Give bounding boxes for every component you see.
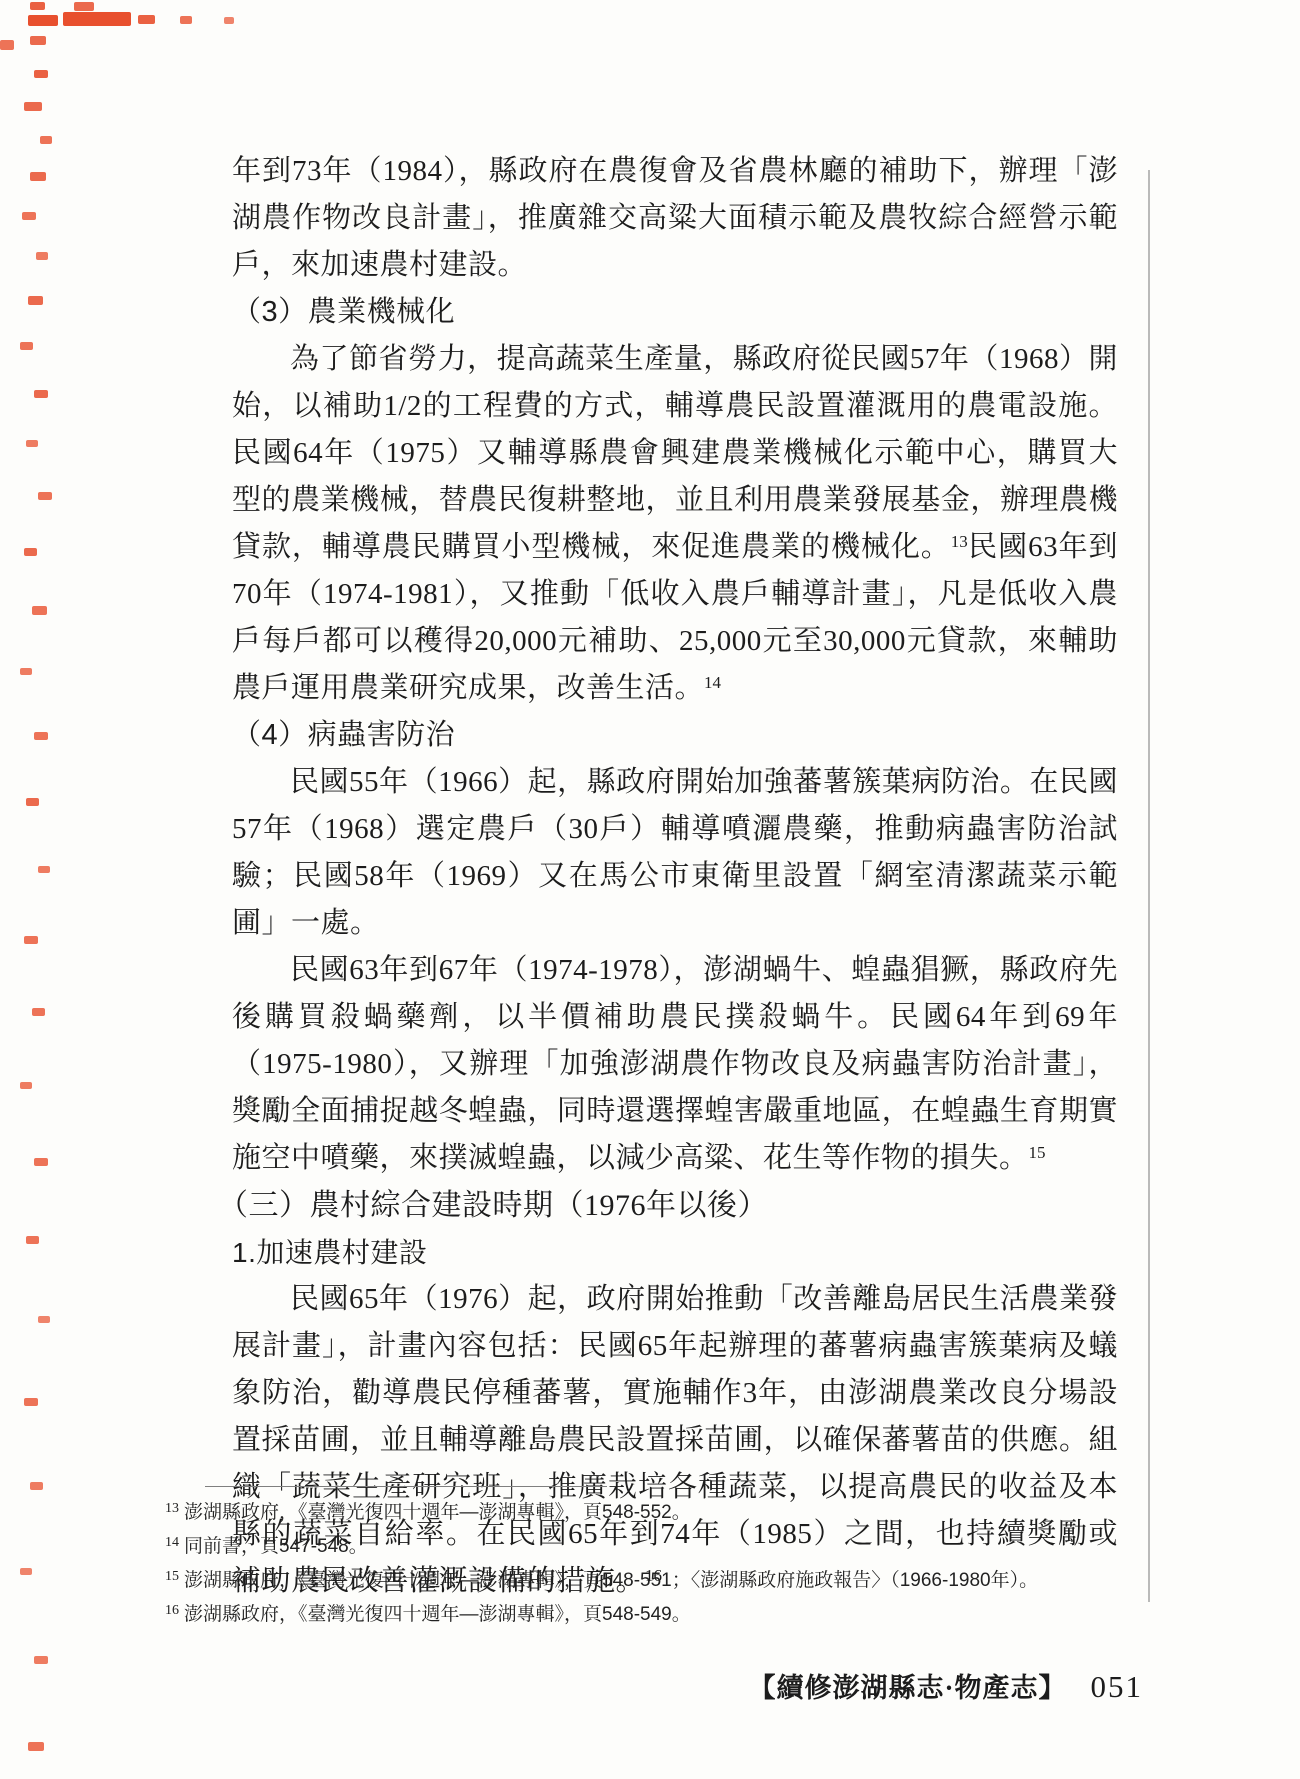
footnote-14: 14同前書，頁547-548。 xyxy=(165,1528,1145,1562)
heading-farm-mechanization: （3）農業機械化 xyxy=(232,289,1118,336)
red-edge-mark xyxy=(0,40,14,50)
red-edge-mark xyxy=(30,36,46,45)
red-edge-mark xyxy=(180,16,192,24)
red-edge-mark xyxy=(28,296,43,305)
footnote-ref-13: 13 xyxy=(951,532,968,551)
red-edge-mark xyxy=(32,606,47,615)
footnote-number: 16 xyxy=(165,1603,179,1618)
red-edge-mark xyxy=(34,390,48,398)
red-edge-mark xyxy=(34,1158,48,1166)
red-edge-mark xyxy=(34,70,48,78)
footnote-number: 14 xyxy=(165,1535,179,1550)
red-edge-mark xyxy=(24,102,42,111)
red-edge-mark xyxy=(26,1236,39,1244)
paragraph-pest-control-1: 民國55年（1966）起，縣政府開始加強蕃薯簇葉病防治。在民國57年（1968）… xyxy=(232,759,1118,947)
red-edge-mark xyxy=(22,212,36,220)
red-edge-mark xyxy=(20,1082,32,1089)
footnote-text: 澎湖縣政府，《臺灣光復四十週年—澎湖專輯》，頁548-552。 xyxy=(184,1502,691,1523)
scan-artifact-line xyxy=(1148,170,1150,1602)
body-text-run: 民國55年（1966）起，縣政府開始加強蕃薯簇葉病防治。在民國57年（1968）… xyxy=(232,766,1118,939)
red-edge-mark xyxy=(24,936,38,944)
page-footer: 【續修澎湖縣志·物產志】 051 xyxy=(748,1666,1143,1705)
red-edge-mark xyxy=(34,1656,48,1664)
red-edge-mark xyxy=(74,2,94,11)
red-edge-mark xyxy=(38,1316,50,1323)
red-edge-mark xyxy=(38,492,52,500)
red-edge-mark xyxy=(224,17,234,24)
heading-rural-comprehensive-period: （三）農村綜合建設時期（1976年以後） xyxy=(218,1182,1118,1229)
heading-accelerate-rural-construction: 1.加速農村建設 xyxy=(232,1229,1118,1276)
body-text-run: 年到73年（1984），縣政府在農復會及省農林廳的補助下，辦理「澎湖農作物改良計… xyxy=(232,155,1118,281)
page-number: 051 xyxy=(1091,1669,1144,1705)
footnote-text: 澎湖縣政府，《臺灣光復四十週年—澎湖專輯》，頁548-549。 xyxy=(184,1604,691,1625)
red-edge-mark xyxy=(24,548,37,556)
footnote-ref-14: 14 xyxy=(704,673,721,692)
red-edge-mark xyxy=(36,252,48,260)
heading-pest-control: （4）病蟲害防治 xyxy=(232,712,1118,759)
footnote-15: 15澎湖縣政府，《臺灣光復四十週年—澎湖專輯》，頁548-551；〈澎湖縣政府施… xyxy=(165,1562,1145,1596)
footnote-16: 16澎湖縣政府，《臺灣光復四十週年—澎湖專輯》，頁548-549。 xyxy=(165,1596,1145,1630)
red-edge-mark xyxy=(32,1008,45,1016)
footnote-number: 13 xyxy=(165,1501,179,1516)
red-edge-mark xyxy=(138,15,155,24)
footnote-13: 13澎湖縣政府，《臺灣光復四十週年—澎湖專輯》，頁548-552。 xyxy=(165,1494,1145,1528)
paragraph-mechanization: 為了節省勞力，提高蔬菜生產量，縣政府從民國57年（1968）開始，以補助1/2的… xyxy=(232,336,1118,712)
red-edge-mark xyxy=(63,12,131,26)
red-edge-mark xyxy=(28,1742,44,1751)
red-edge-mark xyxy=(20,1568,32,1575)
red-edge-mark xyxy=(26,440,38,447)
red-edge-mark xyxy=(38,866,50,873)
footnote-text: 同前書，頁547-548。 xyxy=(184,1536,368,1557)
red-edge-mark xyxy=(20,668,32,675)
footnote-ref-15: 15 xyxy=(1029,1143,1046,1162)
document-page: 年到73年（1984），縣政府在農復會及省農林廳的補助下，辦理「澎湖農作物改良計… xyxy=(0,0,1300,1779)
page-body: 年到73年（1984），縣政府在農復會及省農林廳的補助下，辦理「澎湖農作物改良計… xyxy=(232,148,1118,1605)
red-edge-mark xyxy=(28,15,58,26)
footnotes-block: 13澎湖縣政府，《臺灣光復四十週年—澎湖專輯》，頁548-552。 14同前書，… xyxy=(165,1494,1145,1630)
book-title: 【續修澎湖縣志·物產志】 xyxy=(748,1666,1066,1705)
footnote-number: 15 xyxy=(165,1569,179,1584)
body-text-run: 為了節省勞力，提高蔬菜生產量，縣政府從民國57年（1968）開始，以補助1/2的… xyxy=(232,343,1118,563)
red-edge-mark xyxy=(20,342,33,350)
red-edge-mark xyxy=(30,2,45,10)
paragraph-continued-crop-improvement: 年到73年（1984），縣政府在農復會及省農林廳的補助下，辦理「澎湖農作物改良計… xyxy=(232,148,1118,289)
red-edge-mark xyxy=(34,732,48,740)
red-edge-mark xyxy=(30,172,46,181)
red-edge-mark xyxy=(26,798,39,806)
red-edge-mark xyxy=(30,1482,43,1490)
red-edge-mark xyxy=(24,1398,38,1406)
footnote-text: 澎湖縣政府，《臺灣光復四十週年—澎湖專輯》，頁548-551；〈澎湖縣政府施政報… xyxy=(184,1570,1038,1591)
body-text-run: 民國63年到67年（1974-1978），澎湖蝸牛、蝗蟲猖獗，縣政府先後購買殺蝸… xyxy=(232,954,1118,1174)
red-edge-mark xyxy=(40,136,52,144)
paragraph-pest-control-2: 民國63年到67年（1974-1978），澎湖蝸牛、蝗蟲猖獗，縣政府先後購買殺蝸… xyxy=(232,947,1118,1182)
footnote-separator-line xyxy=(205,1486,607,1487)
